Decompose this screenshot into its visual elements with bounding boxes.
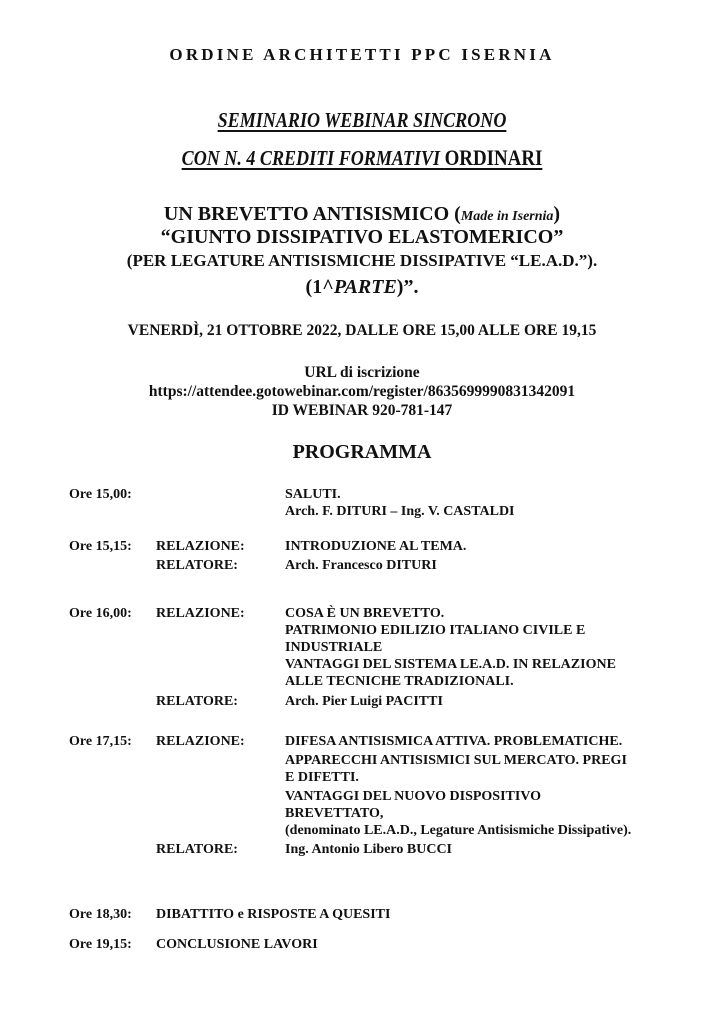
relazione-text: BREVETTATO, xyxy=(285,805,383,822)
relazione-text: COSA È UN BREVETTO. xyxy=(285,605,444,622)
title-origin: Made in Isernia xyxy=(461,209,554,224)
relatore-name: Arch. Pier Luigi PACITTI xyxy=(285,693,443,710)
item-time: Ore 17,15: xyxy=(69,733,132,750)
registration-label: URL di iscrizione xyxy=(0,364,724,382)
relazione-text: E DIFETTI. xyxy=(285,769,359,786)
title-line-2: “GIUNTO DISSIPATIVO ELASTOMERICO” xyxy=(0,226,724,249)
item-text: Arch. F. DITURI – Ing. V. CASTALDI xyxy=(285,503,515,520)
relazione-text: PATRIMONIO EDILIZIO ITALIANO CIVILE E xyxy=(285,622,585,639)
item-time: Ore 19,15: xyxy=(69,936,132,953)
relazione-text: INDUSTRIALE xyxy=(285,639,382,656)
credits-count: CON N. 4 CREDITI FORMATIVI xyxy=(182,146,445,170)
relatore-name: Ing. Antonio Libero BUCCI xyxy=(285,841,452,858)
relazione-text: DIFESA ANTISISMICA ATTIVA. PROBLEMATICHE… xyxy=(285,733,622,750)
title-line-3: (PER LEGATURE ANTISISMICHE DISSIPATIVE “… xyxy=(0,251,724,271)
part-end: )”. xyxy=(397,276,419,298)
relazione-text: APPARECCHI ANTISISMICI SUL MERCATO. PREG… xyxy=(285,752,627,769)
title-main: UN BREVETTO ANTISISMICO ( xyxy=(164,203,461,225)
relazione-label: RELAZIONE: xyxy=(156,605,245,622)
title-paren: ) xyxy=(553,203,560,225)
organization-title: ORDINE ARCHITETTI PPC ISERNIA xyxy=(0,45,724,65)
relazione-text: (denominato LE.A.D., Legature Antisismic… xyxy=(285,822,631,839)
title-line-4: (1^PARTE)”. xyxy=(0,276,724,299)
item-time: Ore 18,30: xyxy=(69,906,132,923)
item-time: Ore 16,00: xyxy=(69,605,132,622)
relatore-label: RELATORE: xyxy=(156,557,238,574)
relazione-text: ALLE TECNICHE TRADIZIONALI. xyxy=(285,673,514,690)
part-number: (1^ xyxy=(306,276,334,298)
credits-line: CON N. 4 CREDITI FORMATIVI ORDINARI xyxy=(51,145,674,171)
seminar-type: SEMINARIO WEBINAR SINCRONO xyxy=(51,108,674,133)
registration-url[interactable]: https://attendee.gotowebinar.com/registe… xyxy=(0,383,724,401)
item-text: DIBATTITO e RISPOSTE A QUESITI xyxy=(156,906,390,923)
relazione-label: RELAZIONE: xyxy=(156,733,245,750)
event-date: VENERDÌ, 21 OTTOBRE 2022, DALLE ORE 15,0… xyxy=(0,322,724,340)
title-line-1: UN BREVETTO ANTISISMICO (Made in Isernia… xyxy=(0,203,724,226)
item-time: Ore 15,00: xyxy=(69,486,132,503)
part-label: PARTE xyxy=(334,276,397,298)
relazione-text: VANTAGGI DEL SISTEMA LE.A.D. IN RELAZION… xyxy=(285,656,616,673)
webinar-id: ID WEBINAR 920-781-147 xyxy=(0,402,724,420)
credits-type: ORDINARI xyxy=(445,145,543,170)
programme-heading: PROGRAMMA xyxy=(0,441,724,464)
item-text: CONCLUSIONE LAVORI xyxy=(156,936,318,953)
relatore-label: RELATORE: xyxy=(156,693,238,710)
relatore-name: Arch. Francesco DITURI xyxy=(285,557,437,574)
relazione-text: INTRODUZIONE AL TEMA. xyxy=(285,538,466,555)
relatore-label: RELATORE: xyxy=(156,841,238,858)
relazione-label: RELAZIONE: xyxy=(156,538,245,555)
item-text: SALUTI. xyxy=(285,486,341,503)
item-time: Ore 15,15: xyxy=(69,538,132,555)
relazione-text: VANTAGGI DEL NUOVO DISPOSITIVO xyxy=(285,788,541,805)
